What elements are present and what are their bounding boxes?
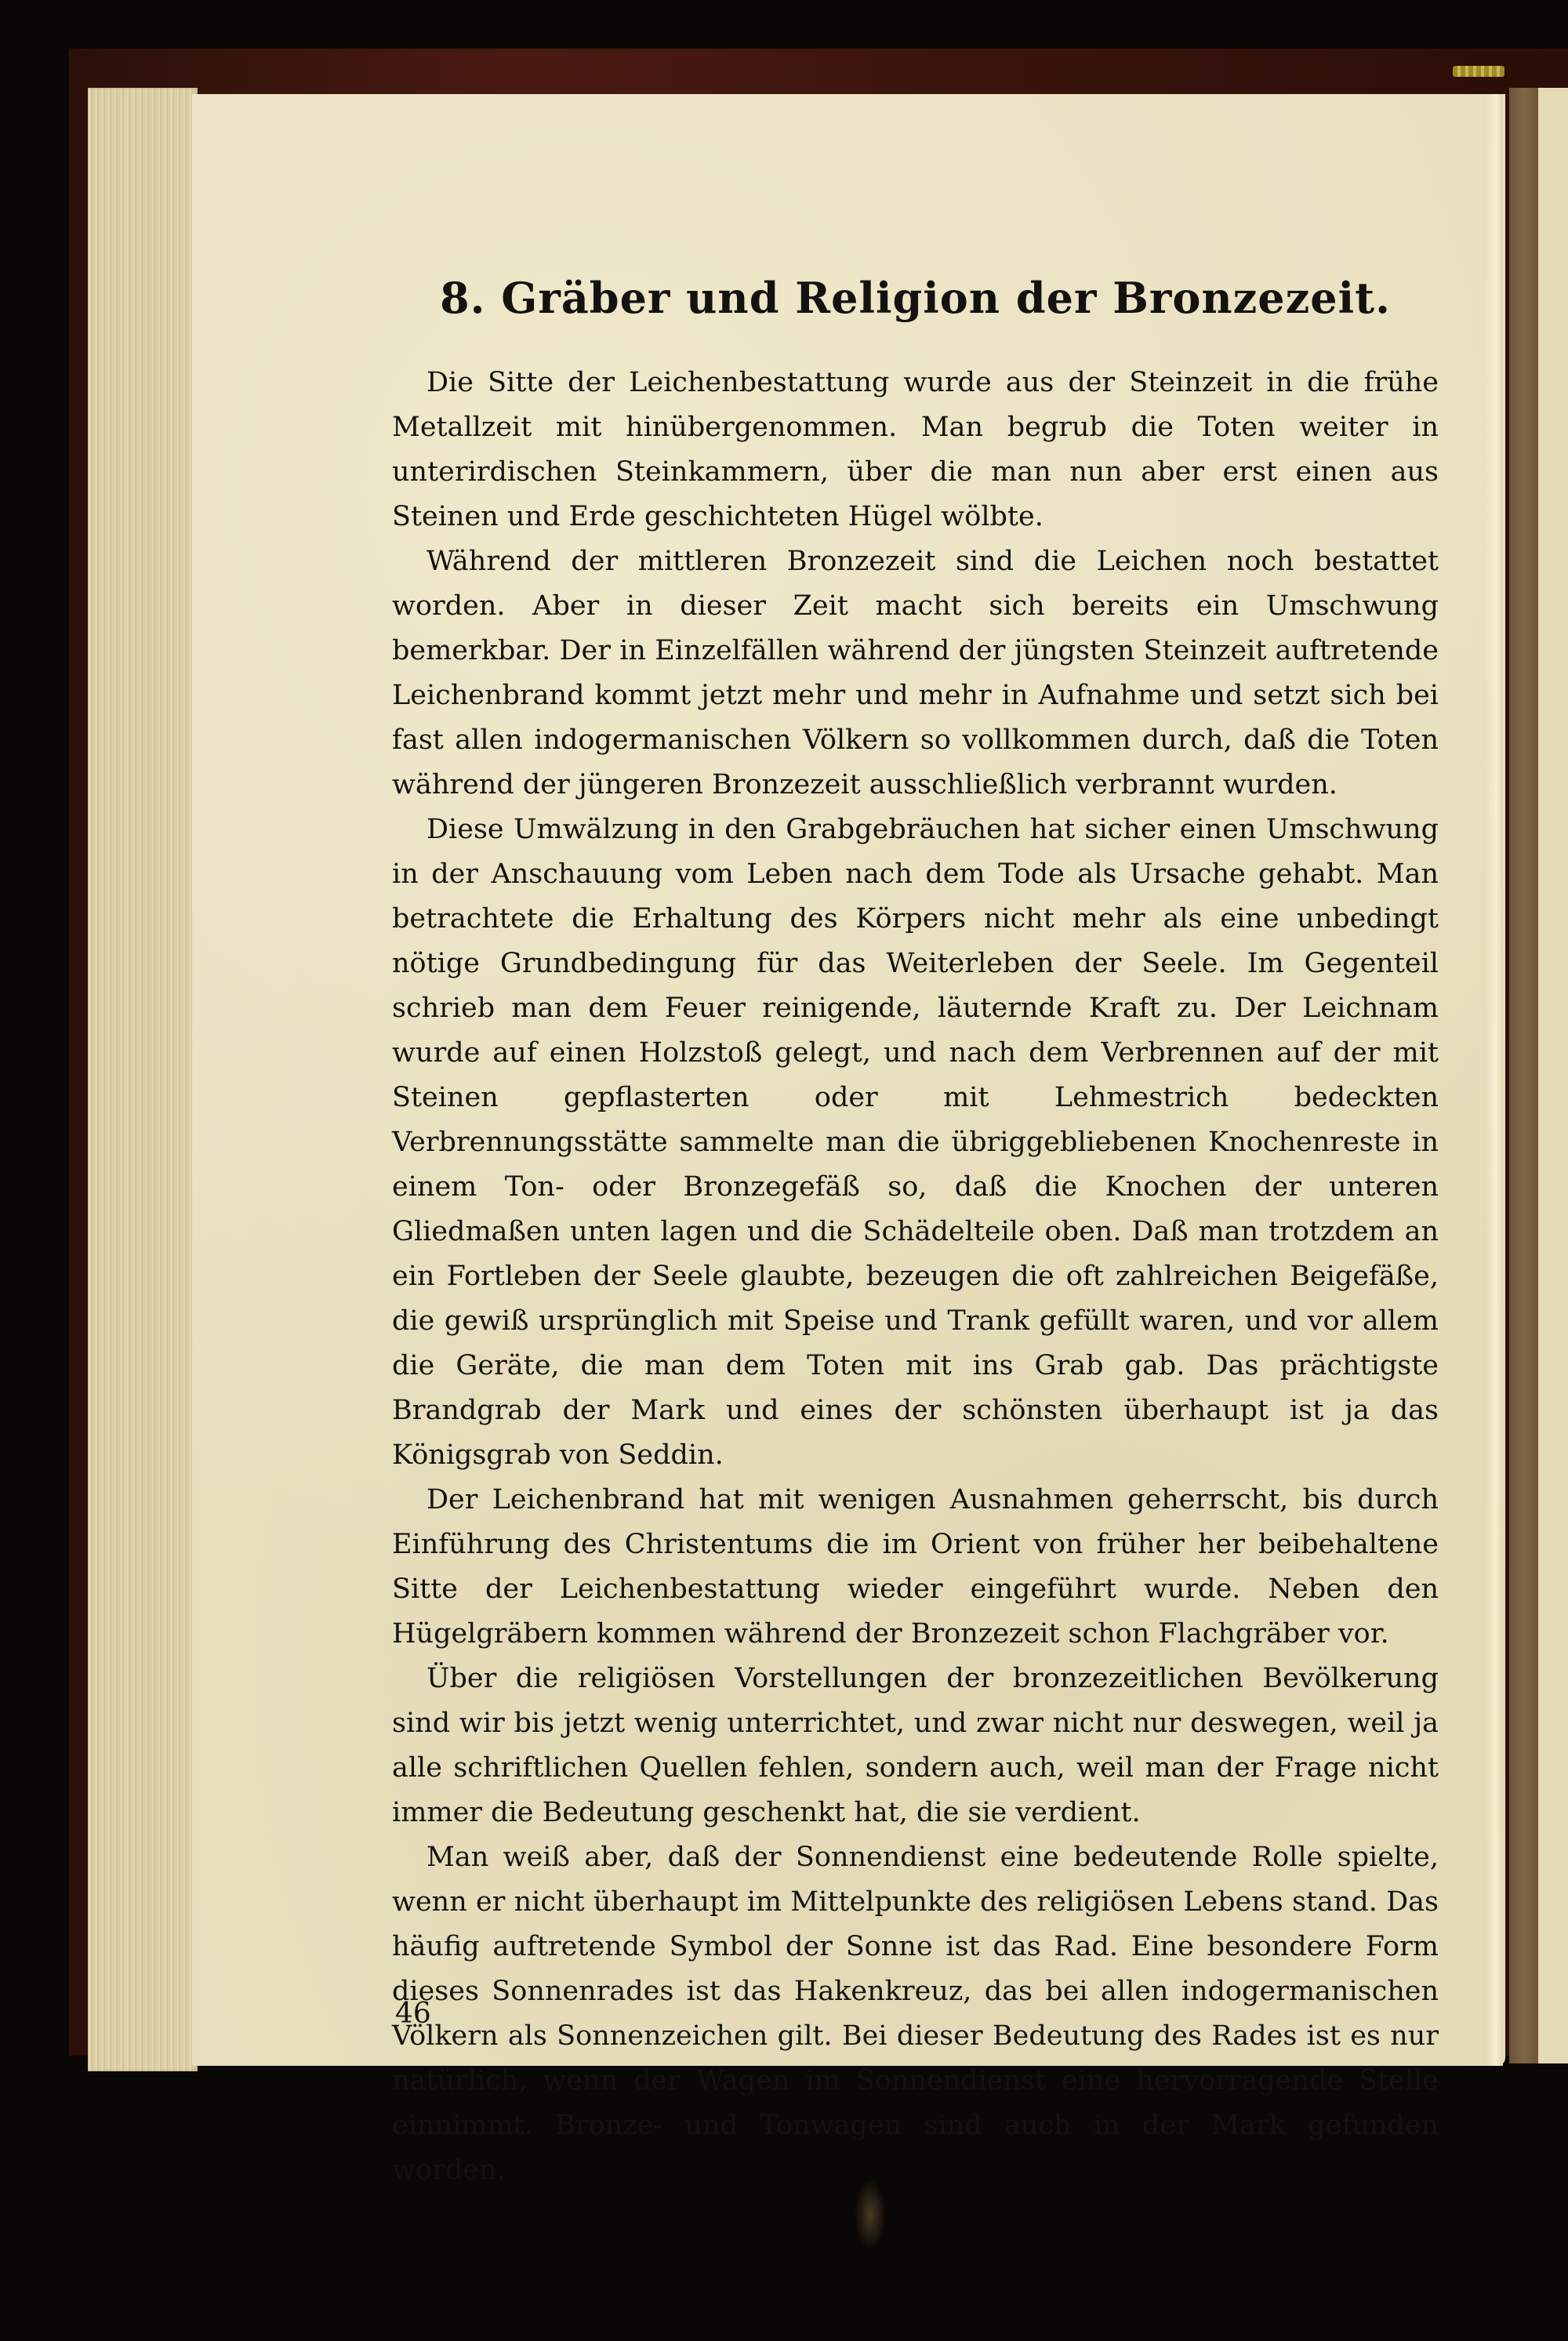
page-number: 46 [395,1998,431,2030]
paragraph-3: Diese Umwälzung in den Grabgebräuchen ha… [392,808,1439,1478]
paragraph-5: Über die religiösen Vorstellungen der br… [392,1657,1439,1835]
page-edge [1486,94,1503,2066]
chapter-title: 8. Gräber und Religion der Bronzezeit. [392,267,1439,329]
paragraph-2: Während der mittleren Bronzezeit sind di… [392,539,1439,808]
paragraph-6: Man weiß aber, daß der Sonnendienst eine… [392,1835,1439,2193]
book-gutter [1509,88,1539,2063]
paragraph-4: Der Leichenbrand hat mit wenigen Ausnahm… [392,1478,1439,1657]
headband-decoration [1453,66,1504,77]
page-content: 8. Gräber und Religion der Bronzezeit. D… [392,267,1439,2193]
page-stack-edge [88,88,198,2071]
paragraph-1: Die Sitte der Leichenbestattung wurde au… [392,361,1439,539]
next-page-sliver [1538,88,1568,2063]
